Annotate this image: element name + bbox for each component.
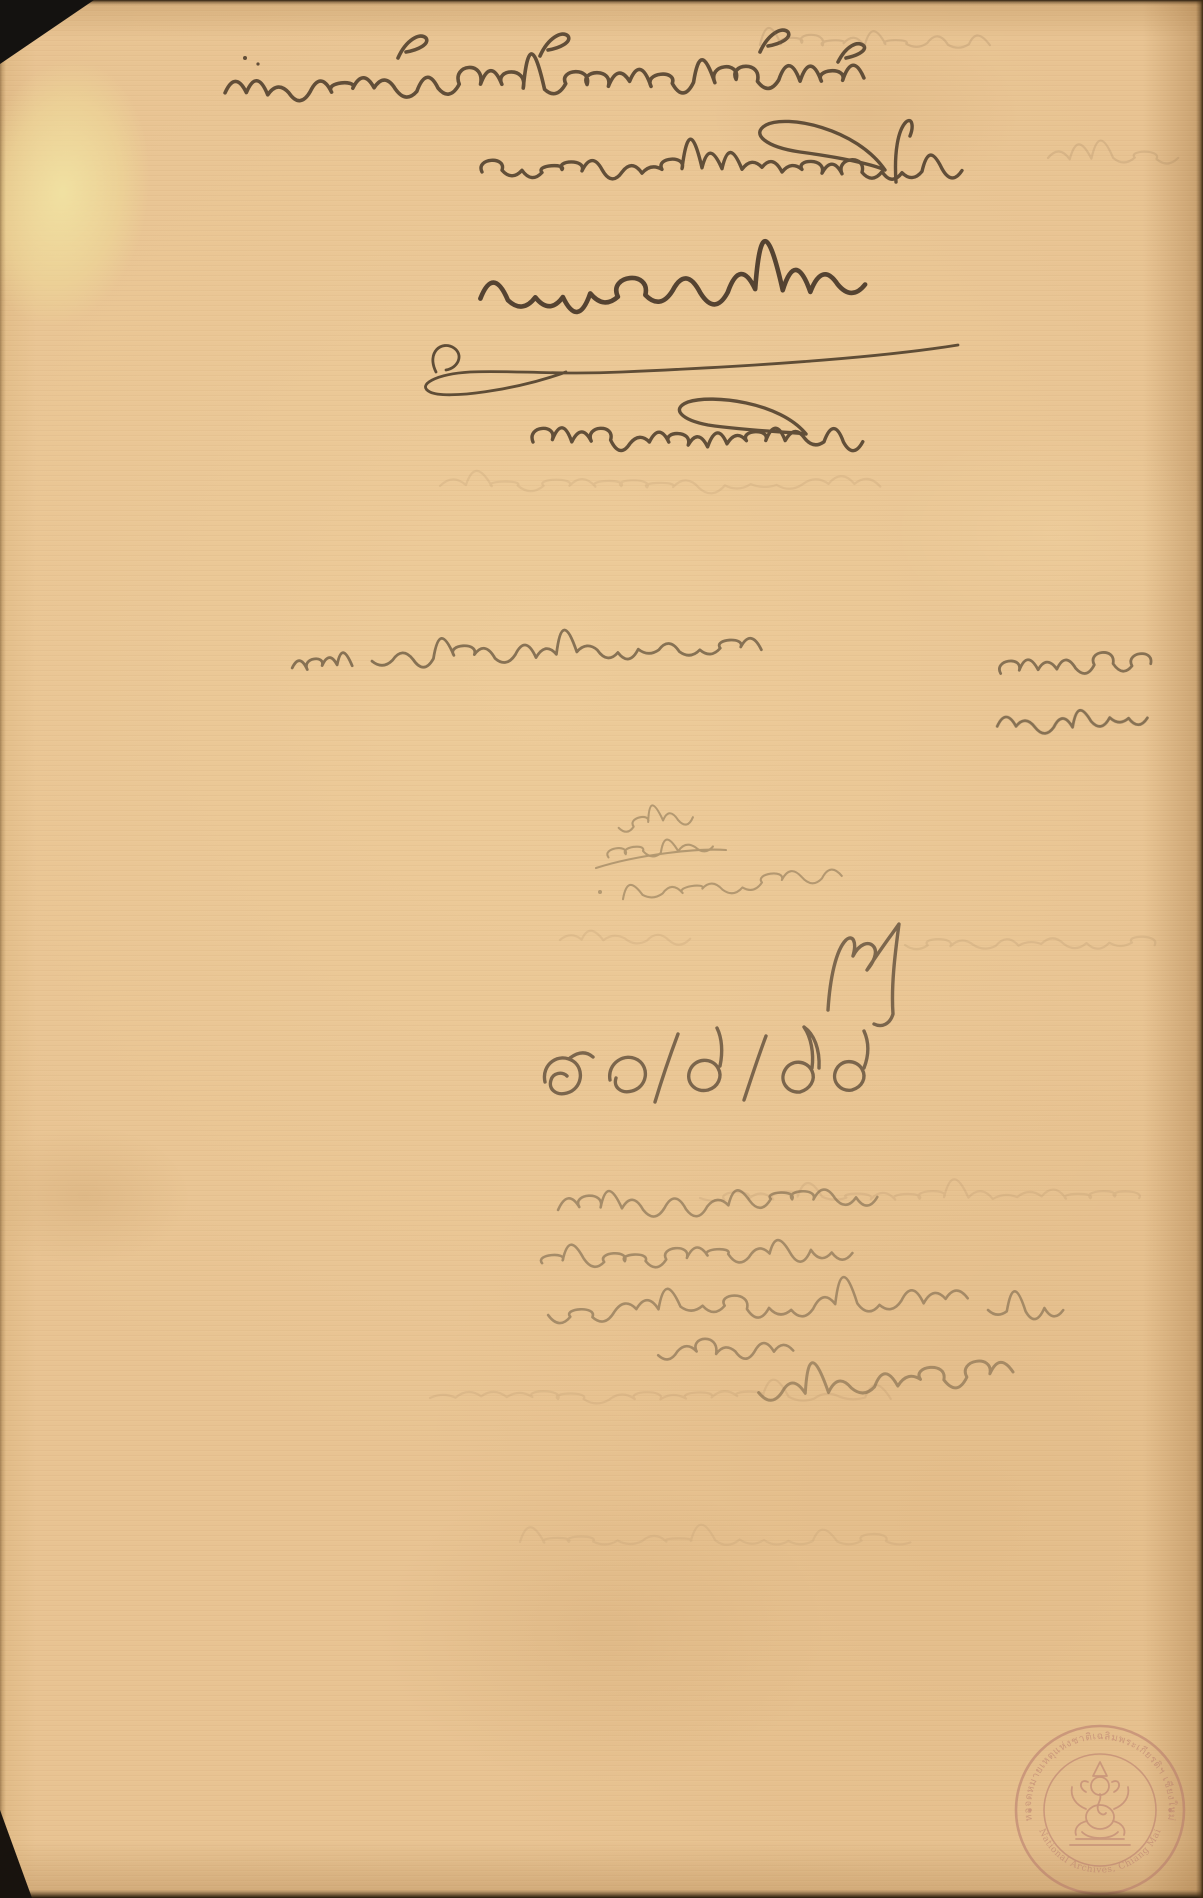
page-edge-left — [0, 0, 6, 1898]
closing-paragraph-strokes — [540, 1182, 1063, 1405]
large-numerals-strokes — [544, 1027, 867, 1102]
faint-pencil-notes — [596, 800, 842, 905]
mid-note-strokes — [292, 623, 762, 670]
signature-flourish-underline — [425, 345, 958, 395]
ink-lines — [224, 30, 962, 451]
archive-stamp: หอจดหมายเหตุแห่งชาติเฉลิมพระเกียรติฯ เชี… — [980, 1724, 1203, 1898]
line1-strokes — [224, 30, 864, 103]
side-note-strokes — [997, 649, 1152, 736]
line4-strokes — [532, 399, 863, 451]
page-edge-top — [0, 0, 1203, 5]
numerals-and-monogram — [544, 924, 899, 1102]
signature-strokes — [479, 238, 866, 316]
handwriting-layer — [0, 0, 1203, 1898]
line2-strokes — [481, 121, 962, 182]
pencil-notes — [292, 623, 1152, 904]
page-edge-bottom — [0, 1890, 1203, 1898]
monogram-strokes — [828, 924, 899, 1026]
page-edge-right — [1196, 0, 1203, 1898]
scanned-document-page: หอจดหมายเหตุแห่งชาติเฉลิมพระเกียรติฯ เชี… — [0, 0, 1203, 1898]
